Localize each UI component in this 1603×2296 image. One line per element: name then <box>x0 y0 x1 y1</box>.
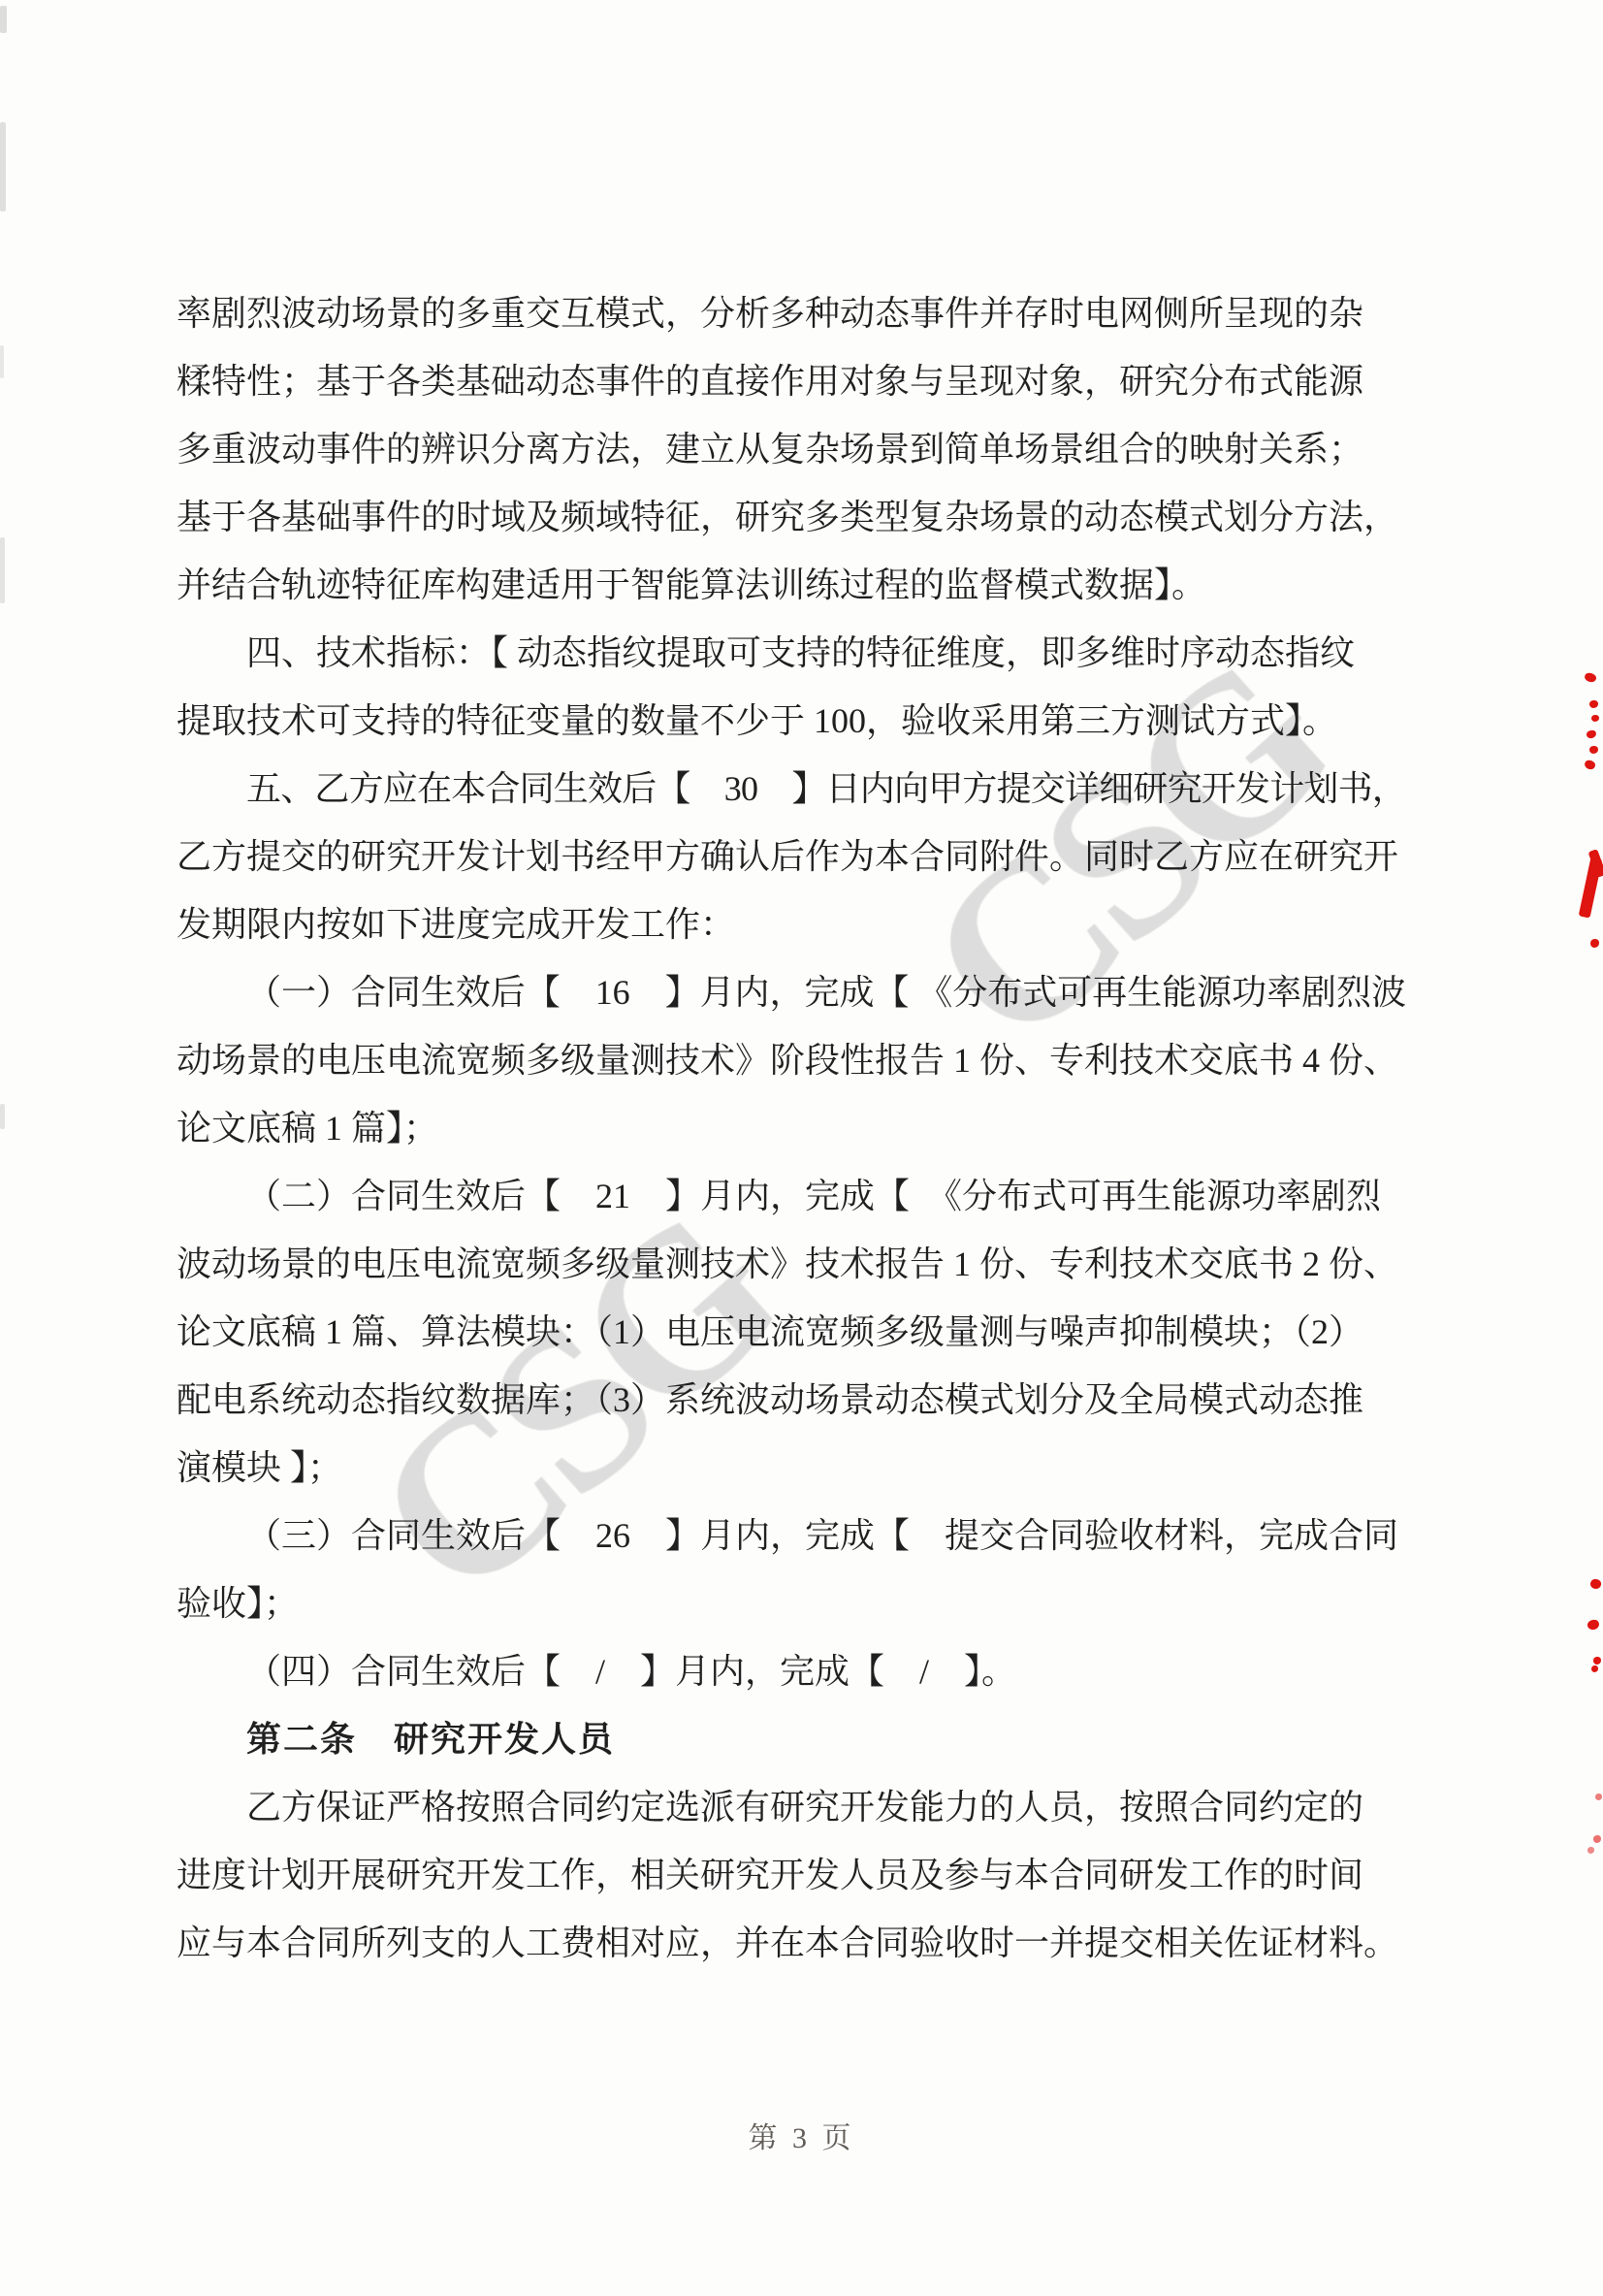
text-line: （一）合同生效后【 16 】月内，完成【 《分布式可再生能源功率剧烈波 <box>176 958 1406 1026</box>
text-line: 进度计划开展研究开发工作，相关研究开发人员及参与本合同研发工作的时间 <box>176 1841 1406 1909</box>
text-line: 多重波动事件的辨识分离方法，建立从复杂场景到简单场景组合的映射关系； <box>176 415 1406 483</box>
contract-page: CSG CSG 率剧烈波动场景的多重交互模式，分析多种动态事件并存时电网侧所呈现… <box>0 0 1603 2296</box>
text-line: 演模块 】； <box>176 1434 1406 1502</box>
text-line: 动场景的电压电流宽频多级量测技术》阶段性报告 1 份、专利技术交底书 4 份、 <box>176 1026 1406 1094</box>
text-line: （三）合同生效后【 26 】月内，完成【 提交合同验收材料，完成合同 <box>176 1502 1406 1569</box>
text-line: 发期限内按如下进度完成开发工作： <box>176 890 1406 958</box>
text-line: 率剧烈波动场景的多重交互模式，分析多种动态事件并存时电网侧所呈现的杂 <box>176 279 1406 347</box>
text-line: 五、乙方应在本合同生效后【 30 】日内向甲方提交详细研究开发计划书， <box>176 755 1406 823</box>
text-line: 乙方提交的研究开发计划书经甲方确认后作为本合同附件。同时乙方应在研究开 <box>176 823 1406 890</box>
text-line: 波动场景的电压电流宽频多级量测技术》技术报告 1 份、专利技术交底书 2 份、 <box>176 1230 1406 1298</box>
text-line: 配电系统动态指纹数据库；（3）系统波动场景动态模式划分及全局模式动态推 <box>176 1366 1406 1434</box>
text-line: 验收】； <box>176 1569 1406 1637</box>
document-text-body: 率剧烈波动场景的多重交互模式，分析多种动态事件并存时电网侧所呈现的杂糅特性；基于… <box>0 0 1603 2296</box>
section-heading: 第二条 研究开发人员 <box>176 1705 1406 1773</box>
text-line: 乙方保证严格按照合同约定选派有研究开发能力的人员，按照合同约定的 <box>176 1773 1406 1841</box>
text-line: 并结合轨迹特征库构建适用于智能算法训练过程的监督模式数据】。 <box>176 551 1406 619</box>
text-line: 应与本合同所列支的人工费相对应，并在本合同验收时一并提交相关佐证材料。 <box>176 1909 1406 1977</box>
page-number-footer: 第 3 页 <box>0 2118 1603 2160</box>
text-line: （四）合同生效后【 / 】月内，完成【 / 】。 <box>176 1637 1406 1705</box>
text-line: 论文底稿 1 篇】； <box>176 1094 1406 1162</box>
text-line: 糅特性；基于各类基础动态事件的直接作用对象与呈现对象，研究分布式能源 <box>176 347 1406 415</box>
text-line: （二）合同生效后【 21 】月内，完成【 《分布式可再生能源功率剧烈 <box>176 1162 1406 1230</box>
text-line: 四、技术指标：【 动态指纹提取可支持的特征维度，即多维时序动态指纹 <box>176 619 1406 687</box>
text-line: 提取技术可支持的特征变量的数量不少于 100，验收采用第三方测试方式】。 <box>176 687 1406 755</box>
text-line: 基于各基础事件的时域及频域特征，研究多类型复杂场景的动态模式划分方法， <box>176 483 1406 551</box>
text-line: 论文底稿 1 篇、算法模块：（1）电压电流宽频多级量测与噪声抑制模块；（2） <box>176 1298 1406 1366</box>
